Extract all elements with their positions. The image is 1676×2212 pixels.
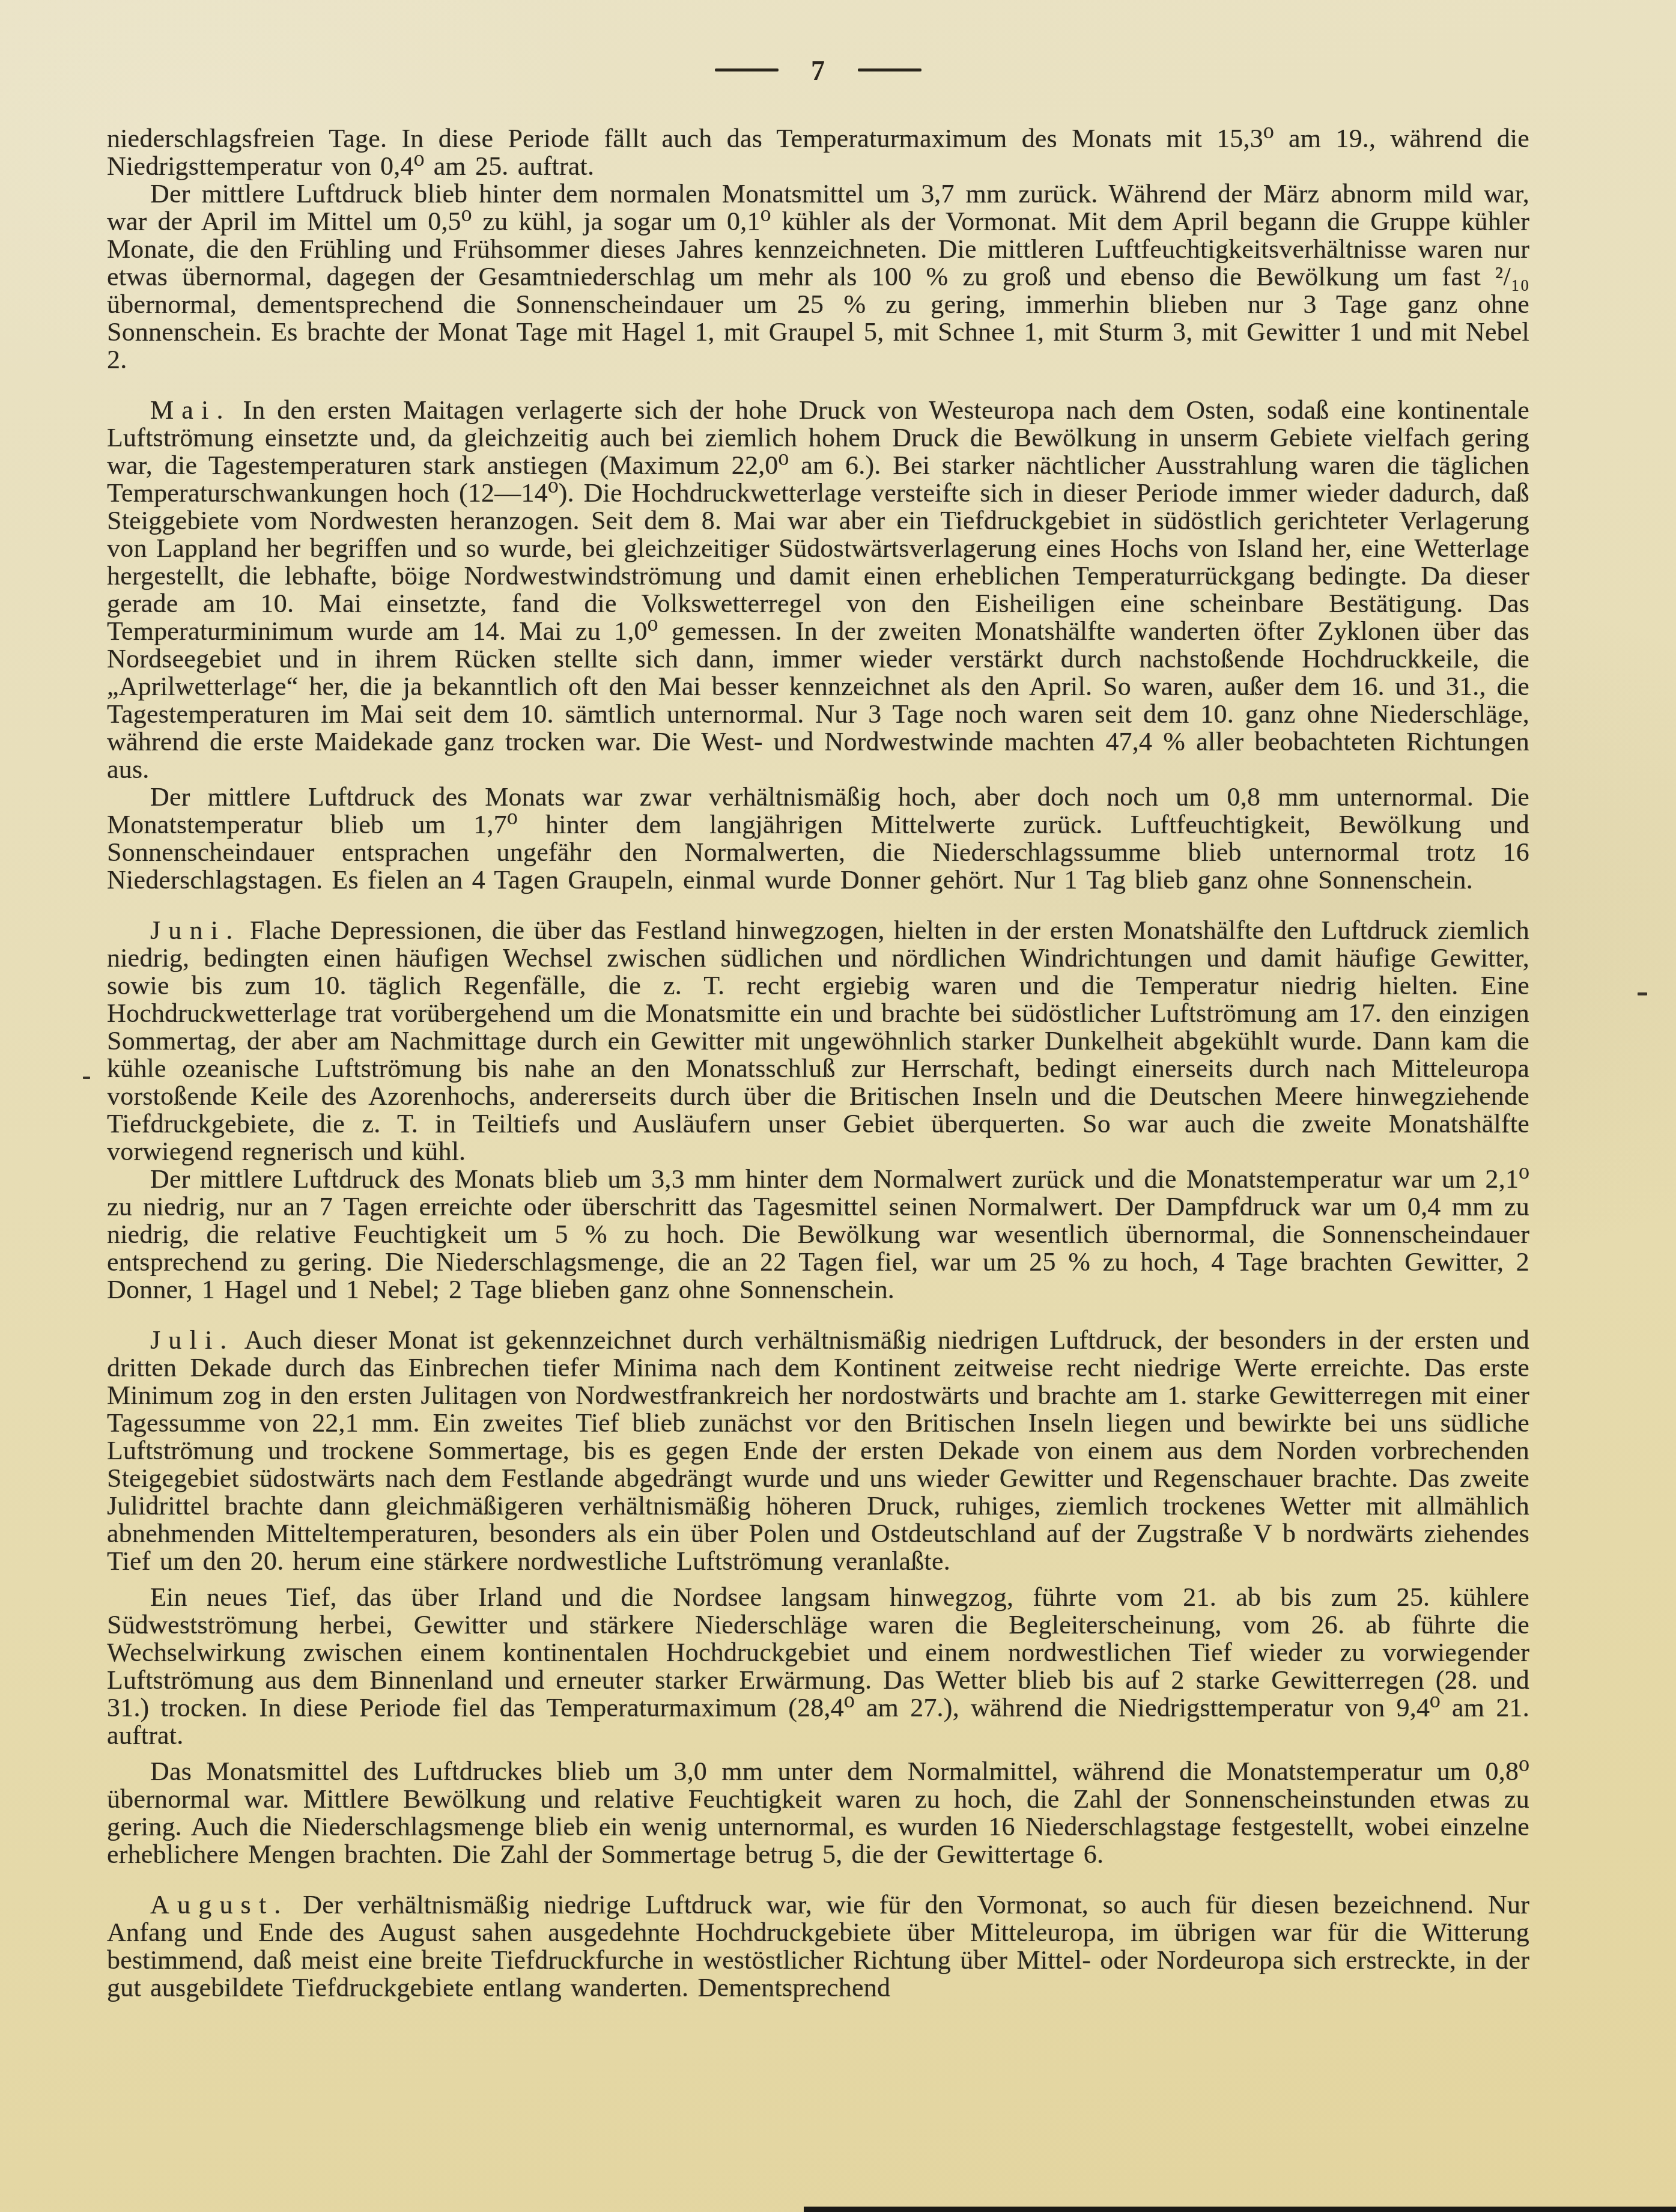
scan-artifact-bottom-band [804,2207,1676,2212]
paragraph-text: Auch dieser Monat ist gekennzeichnet dur… [107,1325,1529,1576]
paragraph-text: Ein neues Tief, das über Irland und die … [107,1582,1529,1750]
paragraph-text: niederschlagsfreien Tage. In diese Perio… [107,124,1529,181]
page-number: 7 [811,55,825,87]
header-rule-right [858,68,921,71]
month-heading: Juni. [150,916,240,945]
page-header: 7 [107,55,1529,87]
paragraph-august: August. Der verhältnismäßig niedrige Luf… [107,1891,1529,2002]
paragraph-text: Der mittlere Luftdruck blieb hinter dem … [107,179,1529,374]
paragraph-text: Der mittlere Luftdruck des Monats blieb … [107,1164,1529,1304]
paragraph-juni: Juni. Flache Depressionen, die über das … [107,917,1529,1165]
paragraph: Ein neues Tief, das über Irland und die … [107,1584,1529,1749]
paragraph: Der mittlere Luftdruck des Monats blieb … [107,1165,1529,1304]
paragraph-text: In den ersten Maitagen verlagerte sich d… [107,395,1529,784]
month-heading: August. [150,1890,289,1919]
paragraph: Der mittlere Luftdruck des Monats war zw… [107,783,1529,894]
page-text-block: niederschlagsfreien Tage. In diese Perio… [107,125,1529,2002]
month-heading: Mai. [150,395,231,425]
paragraph-text: Der mittlere Luftdruck des Monats war zw… [107,782,1529,895]
header-rule-left [715,68,779,71]
paragraph-text: Der verhältnismäßig niedrige Luftdruck w… [107,1890,1529,2002]
ink-speck [1638,992,1647,995]
month-heading: Juli. [150,1325,235,1355]
paragraph-juli: Juli. Auch dieser Monat ist gekennzeichn… [107,1326,1529,1575]
ink-speck [83,1077,90,1079]
paragraph-text: Das Monatsmittel des Luftdruckes blieb u… [107,1757,1529,1869]
scanned-document-page: 7 niederschlagsfreien Tage. In diese Per… [0,0,1676,2212]
paragraph: Das Monatsmittel des Luftdruckes blieb u… [107,1758,1529,1868]
paragraph: Der mittlere Luftdruck blieb hinter dem … [107,180,1529,374]
paragraph-mai: Mai. In den ersten Maitagen verlagerte s… [107,397,1529,783]
paragraph-text: Flache Depressionen, die über das Festla… [107,916,1529,1166]
paragraph: niederschlagsfreien Tage. In diese Perio… [107,125,1529,180]
